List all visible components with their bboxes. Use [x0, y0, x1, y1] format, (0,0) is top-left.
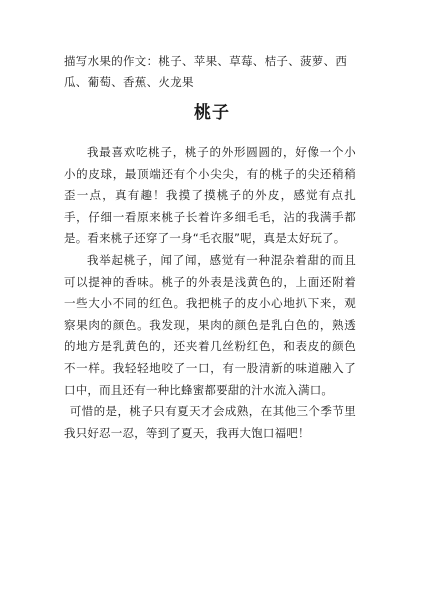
document-page: 描写水果的作文：桃子、苹果、草莓、桔子、菠萝、西瓜、葡萄、香蕉、火龙果 桃子 我…: [0, 0, 424, 600]
paragraph-3: 可惜的是，桃子只有夏天才会成熟，在其他三个季节里我只好忍一忍，等到了夏天，我再大…: [64, 401, 356, 444]
essay-title: 桃子: [0, 98, 424, 123]
essay-body: 我最喜欢吃桃子，桃子的外形圆圆的，好像一个小小的皮球，最顶端还有个小尖尖，有的桃…: [64, 142, 356, 444]
paragraph-1: 我最喜欢吃桃子，桃子的外形圆圆的，好像一个小小的皮球，最顶端还有个小尖尖，有的桃…: [64, 142, 356, 250]
intro-line: 描写水果的作文：桃子、苹果、草莓、桔子、菠萝、西瓜、葡萄、香蕉、火龙果: [64, 51, 364, 93]
paragraph-2: 我举起桃子，闻了闻，感觉有一种混杂着甜的而且可以提神的香味。桃子的外表是浅黄色的…: [64, 250, 356, 401]
